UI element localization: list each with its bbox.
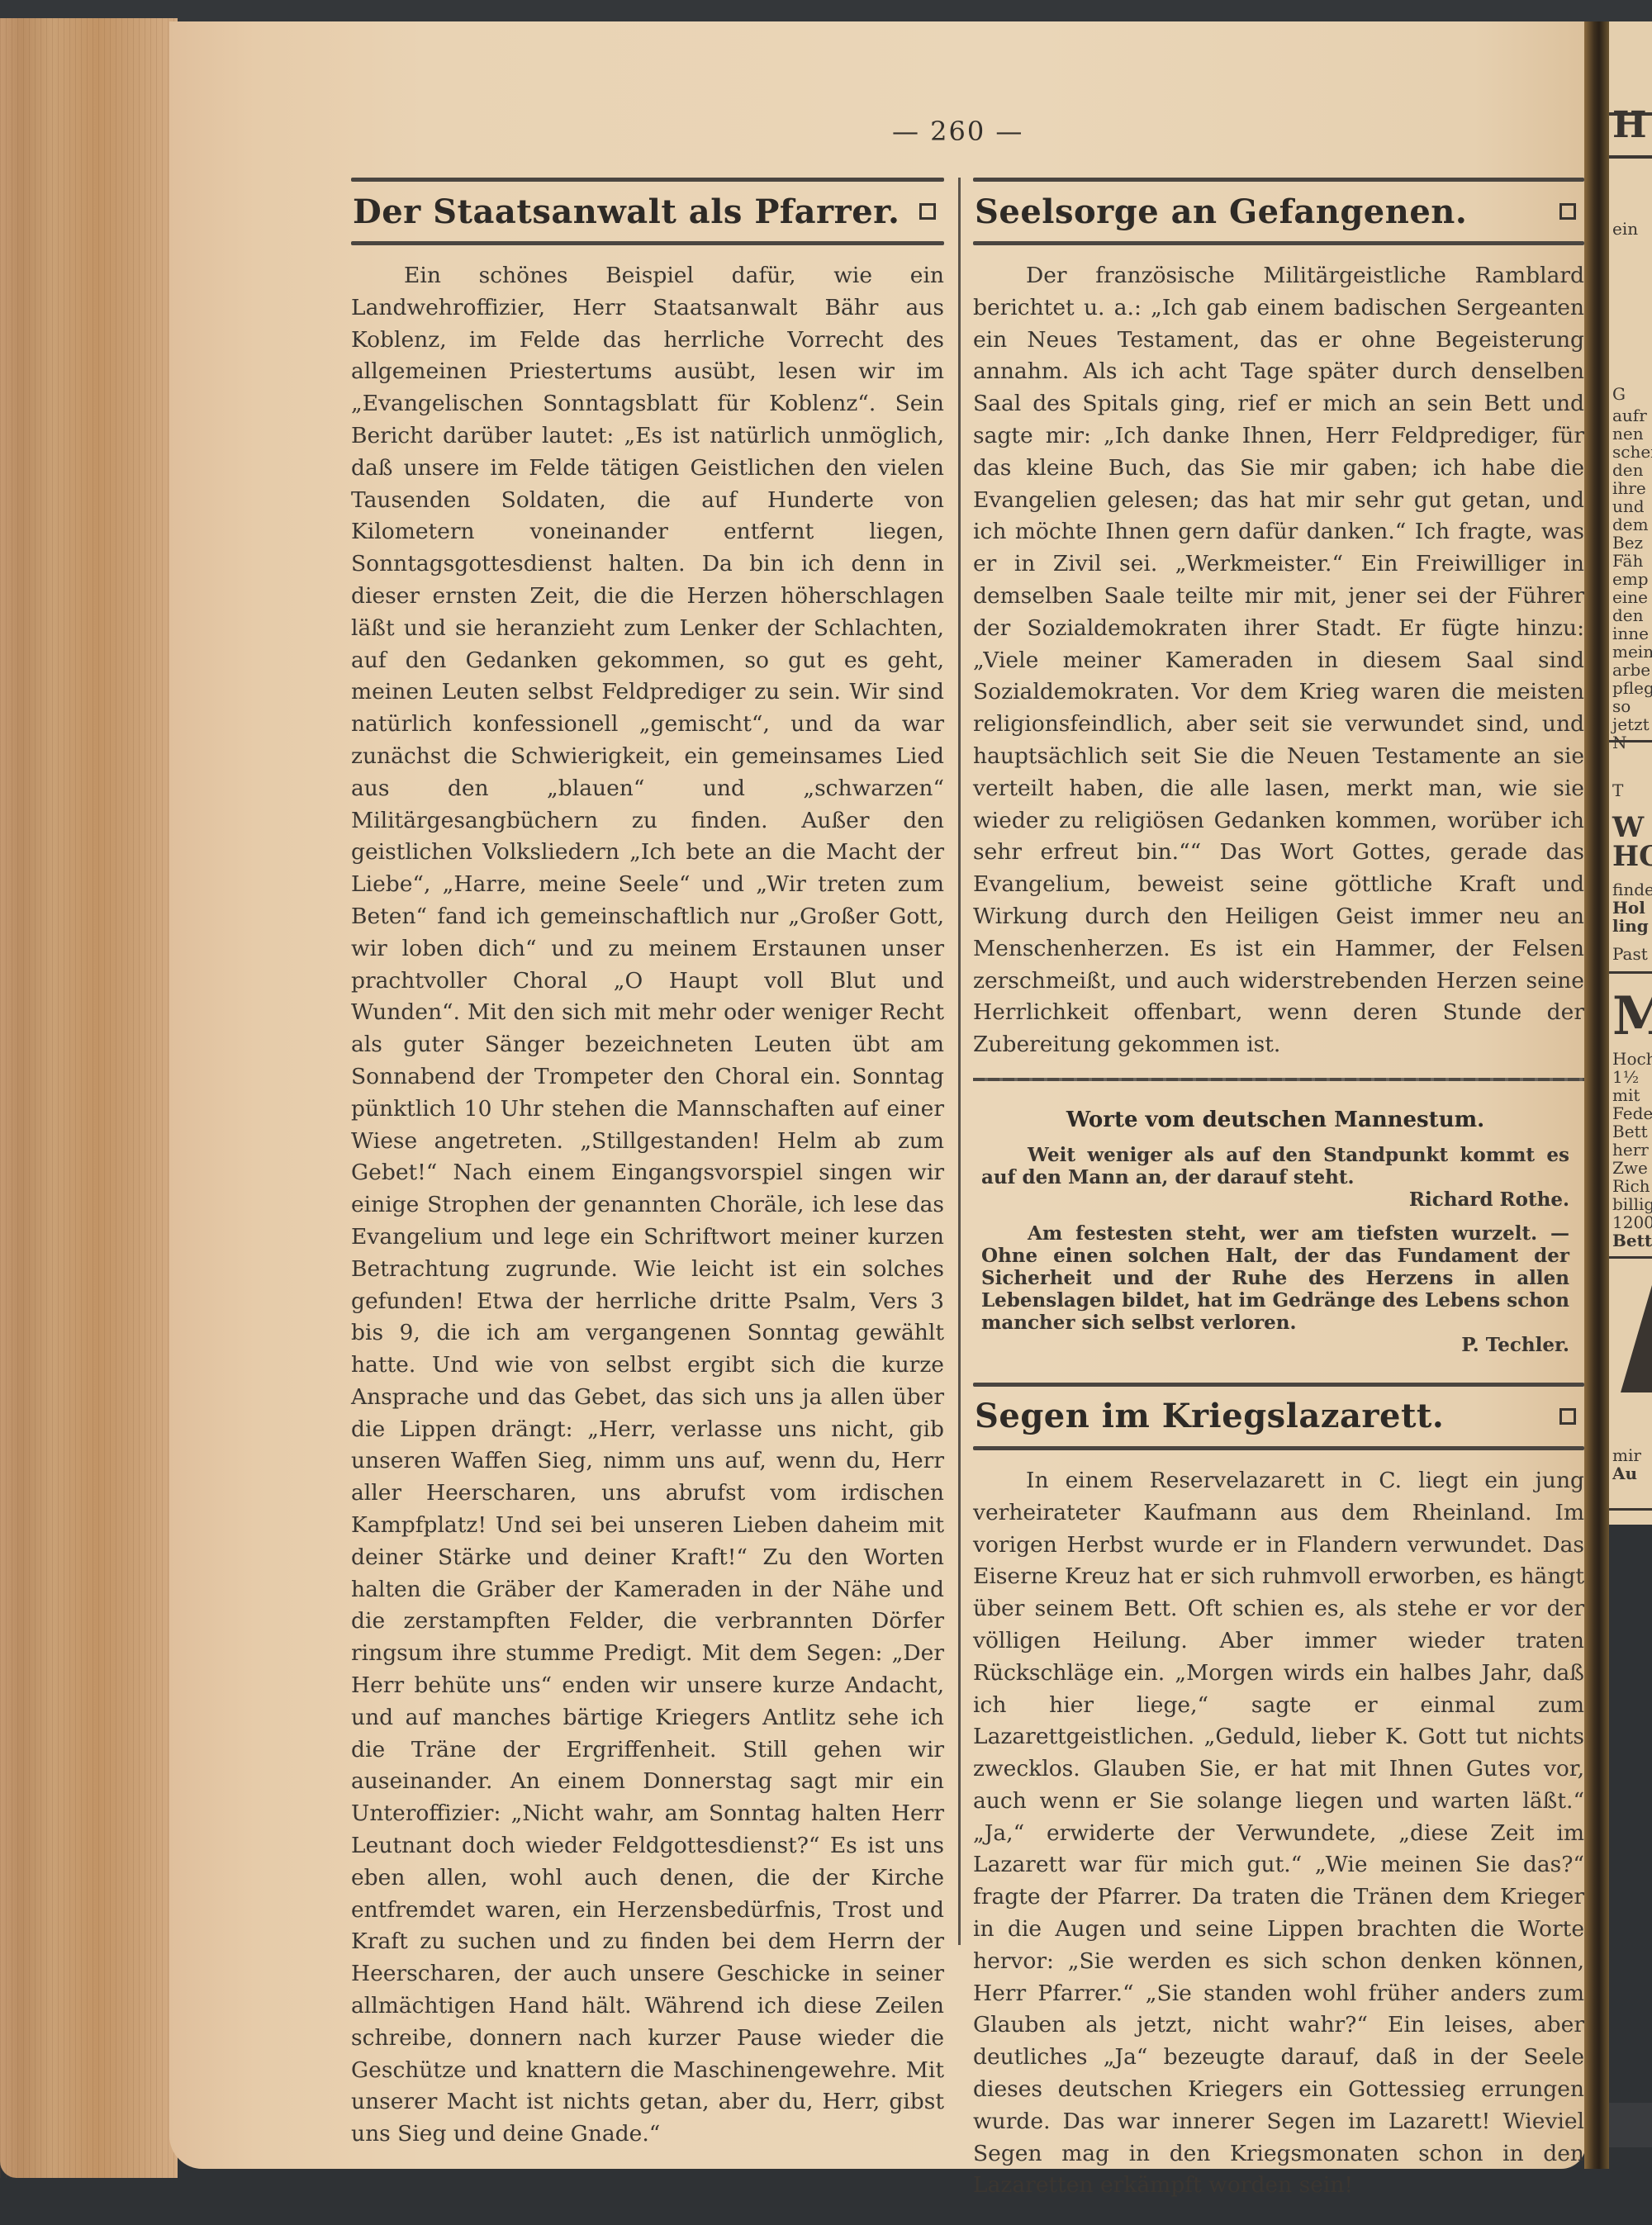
adjacent-text-fragment: Bett: [1612, 1122, 1648, 1141]
adjacent-text-fragment: W: [1612, 818, 1644, 837]
column-divider: [958, 178, 961, 1945]
adjacent-text-fragment: inne: [1612, 624, 1649, 643]
adjacent-text-fragment: aufr: [1612, 406, 1647, 425]
adjacent-rule: [1609, 1256, 1652, 1259]
adjacent-text-fragment: Hoch: [1612, 1050, 1652, 1068]
adjacent-text-fragment: Au: [1612, 1464, 1637, 1483]
adjacent-text-fragment: und: [1612, 497, 1645, 515]
adjacent-page-fragment: H ein G aufr nen schei den ihre und dem …: [1609, 21, 1652, 2103]
article-headline: Seelsorge an Gefangenen.: [973, 182, 1584, 241]
right-column: Seelsorge an Gefangenen. Der französisch…: [973, 178, 1584, 2202]
adjacent-text-fragment: arbe: [1612, 661, 1650, 679]
adjacent-text-fragment: pfleg: [1612, 679, 1652, 697]
article-title: Der Staatsanwalt als Pfarrer.: [353, 192, 900, 231]
adjacent-text-fragment: mir: [1612, 1446, 1641, 1464]
square-icon: [1559, 1408, 1576, 1425]
adjacent-text-fragment: G: [1612, 385, 1626, 403]
adjacent-text-fragment: Zwe: [1612, 1159, 1648, 1177]
quotes-box: Worte vom deutschen Mannestum. Weit weni…: [973, 1081, 1584, 1356]
adjacent-text-fragment: 1½: [1612, 1068, 1639, 1086]
adjacent-text-fragment: Past: [1612, 945, 1648, 963]
book-cover-top: [0, 0, 1652, 21]
adjacent-text-fragment: nen: [1612, 425, 1644, 443]
adjacent-text-fragment: Fede: [1612, 1104, 1652, 1122]
adjacent-text-fragment: den: [1612, 606, 1644, 624]
article-paragraph: Ein schönes Beispiel dafür, wie ein Land…: [351, 260, 944, 2151]
adjacent-text-fragment: mit: [1612, 1086, 1640, 1104]
article-paragraph: In einem Reservelazarett in C. liegt ein…: [973, 1465, 1584, 2202]
article-title: Seelsorge an Gefangenen.: [975, 192, 1467, 231]
adjacent-rule: [1609, 1508, 1652, 1511]
adjacent-text-fragment: finde: [1612, 880, 1652, 899]
adjacent-text-fragment: herr: [1612, 1141, 1649, 1159]
adjacent-text-fragment: 1200: [1612, 1213, 1652, 1231]
quote-text: Am festesten steht, wer am tiefsten wurz…: [981, 1222, 1569, 1334]
adjacent-text-fragment: HO: [1612, 847, 1652, 866]
page-stack-edge: [0, 18, 178, 2178]
article-body: In einem Reservelazarett in C. liegt ein…: [973, 1465, 1584, 2202]
adjacent-text-fragment: billig: [1612, 1195, 1652, 1213]
square-icon: [919, 203, 936, 220]
headline-rule-bottom: [973, 241, 1584, 245]
adjacent-text-fragment: jetzt: [1612, 715, 1650, 733]
article-title: Segen im Kriegslazarett.: [975, 1397, 1444, 1435]
adjacent-text-fragment: N: [1612, 733, 1627, 752]
quote-text: Weit weniger als auf den Standpunkt komm…: [981, 1144, 1569, 1188]
adjacent-header-letter: H: [1612, 116, 1647, 135]
quotes-title: Worte vom deutschen Mannestum.: [981, 1108, 1569, 1132]
quote-item: Weit weniger als auf den Standpunkt komm…: [981, 1144, 1569, 1211]
book-gutter: [1584, 21, 1609, 2169]
adjacent-text-fragment: Bez: [1612, 534, 1643, 552]
adjacent-text-fragment: ling: [1612, 917, 1649, 935]
book-cover-edge: [1609, 1525, 1652, 2103]
adjacent-rule: [1609, 155, 1652, 159]
adjacent-text-fragment: Hol: [1612, 899, 1645, 917]
article-paragraph: Der französische Militärgeistliche Rambl…: [973, 260, 1584, 1061]
article-headline: Segen im Kriegslazarett.: [973, 1387, 1584, 1446]
square-icon: [1559, 203, 1576, 220]
adjacent-text-fragment: mein: [1612, 643, 1652, 661]
adjacent-text-fragment: dem: [1612, 515, 1649, 534]
left-column: Der Staatsanwalt als Pfarrer. Ein schöne…: [351, 178, 944, 2151]
adjacent-text-fragment: ihre: [1612, 479, 1646, 497]
adjacent-rule: [1609, 740, 1652, 742]
adjacent-text-fragment: so: [1612, 697, 1631, 715]
article-body: Ein schönes Beispiel dafür, wie ein Land…: [351, 260, 944, 2151]
adjacent-large-glyph: [1621, 1285, 1652, 1392]
adjacent-text-fragment: ein: [1612, 220, 1638, 238]
headline-rule-bottom: [351, 241, 944, 245]
adjacent-text-fragment: Fäh: [1612, 552, 1643, 570]
adjacent-rule: [1609, 971, 1652, 974]
adjacent-text-fragment: Bett: [1612, 1231, 1652, 1250]
headline-rule-bottom: [973, 1446, 1584, 1450]
quote-author: Richard Rothe.: [1409, 1188, 1569, 1211]
adjacent-text-fragment: eine: [1612, 588, 1648, 606]
adjacent-text-fragment: den: [1612, 461, 1644, 479]
adjacent-text-fragment: Rich: [1612, 1177, 1650, 1195]
adjacent-text-fragment: T: [1612, 781, 1623, 799]
adjacent-text-fragment: M: [1612, 988, 1652, 1046]
article-headline: Der Staatsanwalt als Pfarrer.: [351, 182, 944, 241]
adjacent-text-fragment: schei: [1612, 443, 1652, 461]
quote-author: P. Techler.: [1461, 1334, 1569, 1356]
quote-item: Am festesten steht, wer am tiefsten wurz…: [981, 1222, 1569, 1356]
adjacent-text-fragment: emp: [1612, 570, 1649, 588]
page-number: — 260 —: [892, 116, 1023, 147]
article-body: Der französische Militärgeistliche Rambl…: [973, 260, 1584, 1061]
